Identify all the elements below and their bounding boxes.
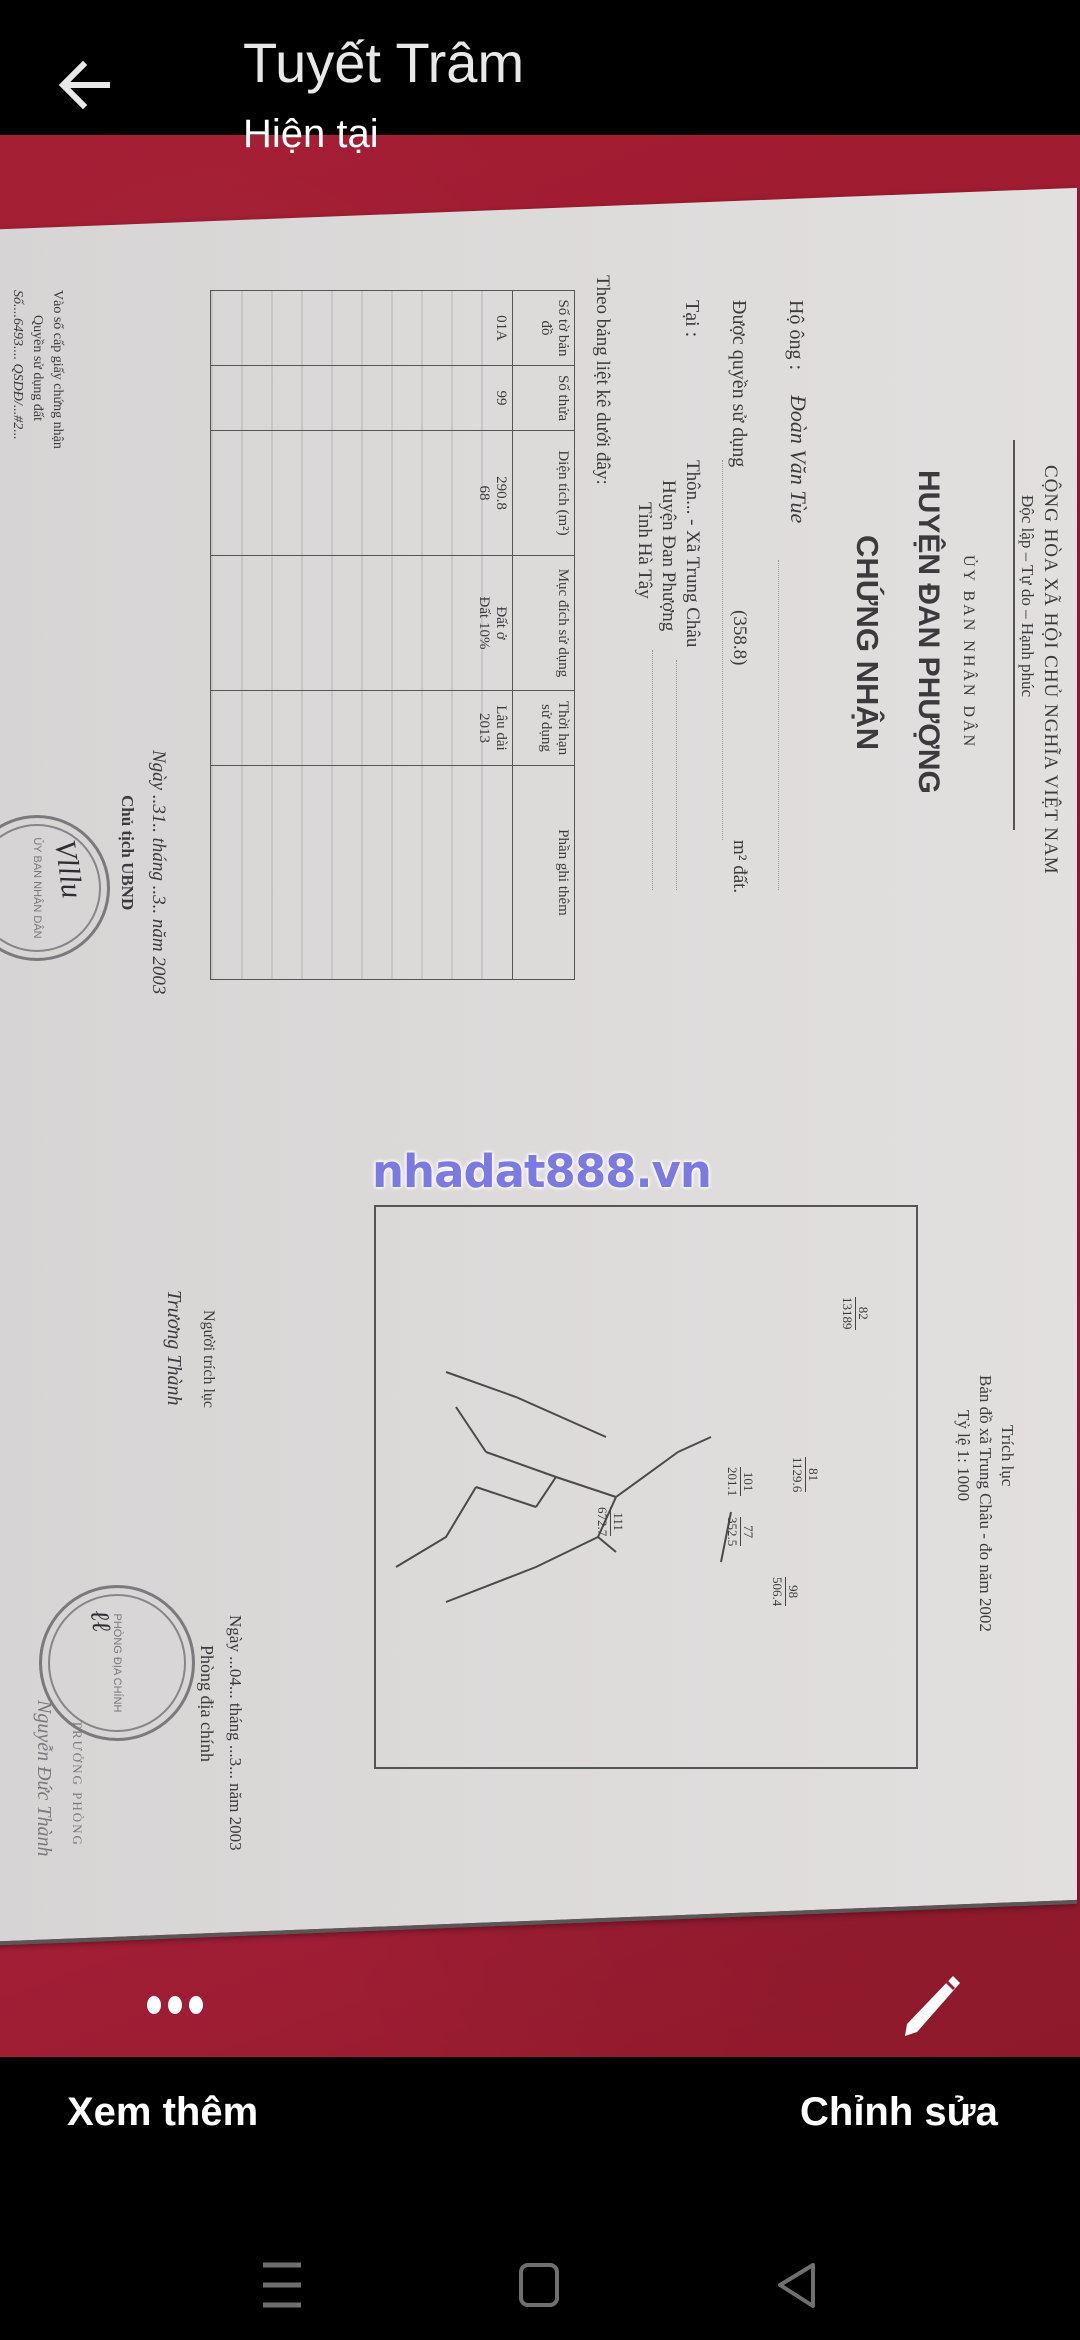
register-line: Số....6493.... QSDĐ/...#2... [9,290,25,440]
extract-title: Trích lục [997,1425,1017,1486]
watermark: nhadat888.vn [372,1145,711,1198]
land-certificate-document: CỘNG HÒA XÃ HỘI CHỦ NGHĨA VIỆT NAM Độc l… [0,230,1075,1920]
signer-title: Chủ tịch UBND [117,795,137,910]
divider [1013,440,1015,830]
timestamp-label: Hiện tại [243,112,379,157]
usage-area: (358.8) [728,610,750,665]
certificate-title: CHỨNG NHẬN [849,535,885,750]
back-triangle-icon [750,2240,840,2330]
parcel-map-drawing [376,1207,916,1767]
national-title: CỘNG HÒA XÃ HỘI CHỦ NGHĨA VIỆT NAM [1039,465,1061,875]
table-cell: 01A [211,291,513,366]
parcel-label: 98506.4 [770,1577,801,1606]
home-icon [495,2240,585,2330]
dotted-line [652,650,653,890]
see-more-button[interactable]: Xem thêm [67,2090,258,2135]
register-line: Quyền sử dụng đất [29,315,45,421]
system-navigation-bar [0,2220,1080,2340]
motto: Độc lập – Tự do – Hạnh phúc [1017,495,1037,697]
table-header: Mục đích sử dụng [513,556,575,691]
nav-back-button[interactable] [750,2240,840,2330]
list-intro: Theo bảng liệt kê dưới đây: [591,275,613,485]
table-row: 01A 99 290.8 68 Đất ở Đất 10% Lâu dài 20… [211,291,513,980]
extractor-label: Người trích lục [199,1310,217,1408]
land-parcel-table: Số tờ bản đồ Số thửa Diện tích (m²) Mục … [210,290,575,980]
table-cell: Đất ở Đất 10% [211,556,513,691]
contact-name: Tuyết Trâm [243,30,524,95]
owner-label: Hộ ông : [784,300,807,370]
map-scale: Tỷ lệ 1: 1000 [953,1410,973,1501]
dotted-line [676,660,677,890]
extract-map-source: Bản đồ xã Trung Châu - đo năm 2002 [975,1375,995,1632]
location-line: Thôn... - Xã Trung Châu [681,460,703,647]
parcel-label: 8213189 [840,1297,871,1330]
edit-label-button[interactable]: Chỉnh sửa [800,2090,998,2135]
parcel-label: 111672.7 [595,1507,626,1536]
usage-right-label: Được quyền sử dụng [727,300,750,467]
recent-apps-icon [238,2240,328,2330]
dotted-line [778,560,779,890]
extractor-name: Trương Thành [162,1290,185,1406]
table-header: Số thửa [513,366,575,431]
dotted-line [722,460,723,840]
table-cell: 99 [211,366,513,431]
more-horizontal-icon [147,1996,161,2014]
pencil-icon [895,1970,965,2040]
arrow-left-icon [55,55,115,115]
table-cell: 290.8 68 [211,431,513,556]
table-header: Diện tích (m²) [513,431,575,556]
location-line: Huyện Đan Phượng [657,480,679,631]
head-title: TRƯỞNG PHÒNG [69,1720,85,1847]
register-line: Vào sổ cấp giấy chứng nhận [49,290,65,449]
table-cell: Lâu dài 2013 [211,691,513,766]
committee-name: ỦY BAN NHÂN DÂN [959,555,977,749]
owner-name: Đoàn Văn Tùe [785,395,811,523]
edit-button[interactable] [895,1970,975,2050]
top-bar: Tuyết Trâm [0,0,1080,135]
home-button[interactable] [495,2240,585,2330]
department: Phòng địa chính [196,1645,217,1762]
issue-date: Ngày ..31.. tháng ..3.. năm 2003 [147,750,169,994]
parcel-label: 77352.5 [725,1517,756,1546]
parcel-map: 8213189 811129.6 101201.1 77352.5 98506.… [374,1205,918,1769]
more-options-button[interactable] [135,1985,215,2025]
parcel-label: 811129.6 [790,1457,821,1492]
signature: ℓℓ [84,1608,117,1634]
head-name: Nguyễn Đức Thành [32,1700,55,1856]
table-cell [211,766,513,980]
back-button[interactable] [55,55,135,135]
department-stamp: PHÒNG ĐỊA CHÍNH [39,1585,195,1741]
location-label: Tại : [680,300,703,337]
parcel-label: 101201.1 [725,1467,756,1496]
table-header: Thời hạn sử dụng [513,691,575,766]
area-unit: m² đất. [728,840,750,893]
table-header: Số tờ bản đồ [513,291,575,366]
location-line: Tỉnh Hà Tây [633,502,655,599]
district-name: HUYỆN ĐAN PHƯỢNG [911,470,945,794]
extract-date: Ngày ...04... tháng ...3... năm 2003 [225,1615,245,1851]
table-header: Phần ghi thêm [513,766,575,980]
recent-apps-button[interactable] [238,2240,328,2330]
